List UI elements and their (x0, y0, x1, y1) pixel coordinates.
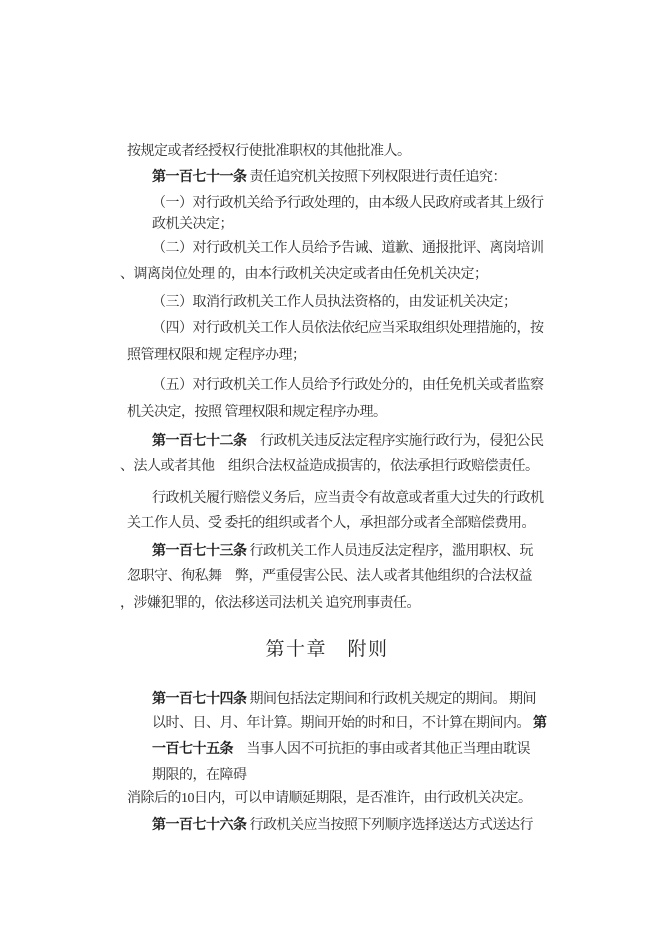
article-176-line: 第一百七十六条 行政机关应当按照下列顺序选择送达方式送达行 (152, 815, 533, 835)
body-text: 行政机关履行赔偿义务后，应当责令有故意或者重大过失的行政机 (152, 491, 544, 506)
document-page: 按规定或者经授权行使批准职权的其他批准人。 第一百七十一条 责任追究机关按照下列… (0, 0, 664, 929)
article-number: 第一百七十二条 (152, 432, 247, 448)
body-text: 照管理权限和规 定程序办理； (127, 348, 306, 363)
article-173-line: 第一百七十三条 行政机关工作人员违反法定程序，滥用职权、玩 (152, 541, 533, 561)
article-172-line: 第一百七十二条 行政机关违反法定程序实施行政行为，侵犯公民 (152, 431, 544, 451)
text-line: 按规定或者经授权行使批准职权的其他批准人。 (127, 142, 411, 161)
body-text: 关工作人员、受 委托的组织或者个人，承担部分或者全部赔偿费用。 (127, 516, 535, 531)
body-text: （四）对行政机关工作人员依法依纪应当采取组织处理措施的，按 (152, 321, 544, 336)
body-text: （一）对行政机关给予行政处理的，由本级人民政府或者其上级行 (152, 196, 544, 211)
body-text: （三）取消行政机关工作人员执法资格的，由发证机关决定； (152, 295, 517, 310)
text-line: 期限的，在障碍 (152, 766, 247, 785)
text-line: ，涉嫌犯罪的，依法移送司法机关 追究刑事责任。 (120, 594, 420, 613)
body-text: 政机关决定； (152, 217, 233, 232)
body-text: 、法人或者其他 组织合法权益造成损害的，依法承担行政赔偿责任。 (120, 459, 539, 474)
body-text: 按规定或者经授权行使批准职权的其他批准人。 (127, 144, 411, 159)
body-text: 行政机关违反法定程序实施行政行为，侵犯公民 (247, 434, 544, 449)
text-line: 消除后的10日内，可以申请顺延期限，是否准许，由行政机关决定。 (127, 789, 532, 808)
text-line: 、调离岗位处理 的，由本行政机关决定或者由任免机关决定； (120, 265, 488, 284)
chapter-heading: 第十章 附则 (0, 634, 654, 661)
text-line: （一）对行政机关给予行政处理的，由本级人民政府或者其上级行 (152, 194, 544, 213)
body-text: 机关决定，按照 管理权限和规定程序办理。 (127, 405, 387, 420)
text-line: （四）对行政机关工作人员依法依纪应当采取组织处理措施的，按 (152, 319, 544, 338)
article-174-line: 第一百七十四条 期间包括法定期间和行政机关规定的期间。 期间 (152, 689, 536, 709)
text-line: 、法人或者其他 组织合法权益造成损害的，依法承担行政赔偿责任。 (120, 457, 539, 476)
text-line: 忽职守、徇私舞 弊，严重侵害公民、法人或者其他组织的合法权益 (127, 567, 532, 586)
article-171-line: 第一百七十一条 责任追究机关按照下列权限进行责任追究： (152, 167, 506, 187)
article-number: 第一百七十四条 (152, 690, 247, 706)
body-text: 以时、日、月、年计算。期间开始的时和日，不计算在期间内。 (152, 716, 533, 731)
body-text: 忽职守、徇私舞 弊，严重侵害公民、法人或者其他组织的合法权益 (127, 569, 532, 584)
article-number: 第一百七十一条 (152, 168, 247, 184)
text-line: （五）对行政机关工作人员给予行政处分的，由任免机关或者监察 (152, 376, 544, 395)
body-text: 、调离岗位处理 的，由本行政机关决定或者由任免机关决定； (120, 267, 488, 282)
text-line: 政机关决定； (152, 215, 233, 234)
body-text: （五）对行政机关工作人员给予行政处分的，由任免机关或者监察 (152, 378, 544, 393)
text-line: （二）对行政机关工作人员给予告诫、道歉、通报批评、离岗培训 (152, 239, 544, 258)
body-text: 期限的，在障碍 (152, 768, 247, 783)
text-line: 关工作人员、受 委托的组织或者个人，承担部分或者全部赔偿费用。 (127, 514, 535, 533)
body-text: ，涉嫌犯罪的，依法移送司法机关 追究刑事责任。 (120, 596, 420, 611)
body-text: 责任追究机关按照下列权限进行责任追究： (247, 170, 507, 185)
text-line: 照管理权限和规 定程序办理； (127, 346, 306, 365)
body-text: 消除后的10日内，可以申请顺延期限，是否准许，由行政机关决定。 (127, 791, 532, 806)
article-number: 第一百七十三条 (152, 542, 247, 558)
text-line: （三）取消行政机关工作人员执法资格的，由发证机关决定； (152, 293, 517, 312)
article-175-line: 一百七十五条 当事人因不可抗拒的事由或者其他正当理由耽误 (152, 739, 530, 759)
body-text: 当事人因不可抗拒的事由或者其他正当理由耽误 (233, 742, 530, 757)
article-number: 第 (533, 714, 547, 730)
body-text: （二）对行政机关工作人员给予告诫、道歉、通报批评、离岗培训 (152, 241, 544, 256)
text-line: 以时、日、月、年计算。期间开始的时和日，不计算在期间内。 第 (152, 713, 547, 733)
body-text: 行政机关应当按照下列顺序选择送达方式送达行 (247, 818, 534, 833)
body-text: 期间包括法定期间和行政机关规定的期间。 期间 (247, 692, 537, 707)
body-text: 行政机关工作人员违反法定程序，滥用职权、玩 (247, 544, 534, 559)
text-line: 行政机关履行赔偿义务后，应当责令有故意或者重大过失的行政机 (152, 489, 544, 508)
text-line: 机关决定，按照 管理权限和规定程序办理。 (127, 403, 387, 422)
article-number: 第一百七十六条 (152, 816, 247, 832)
article-number: 一百七十五条 (152, 740, 233, 756)
